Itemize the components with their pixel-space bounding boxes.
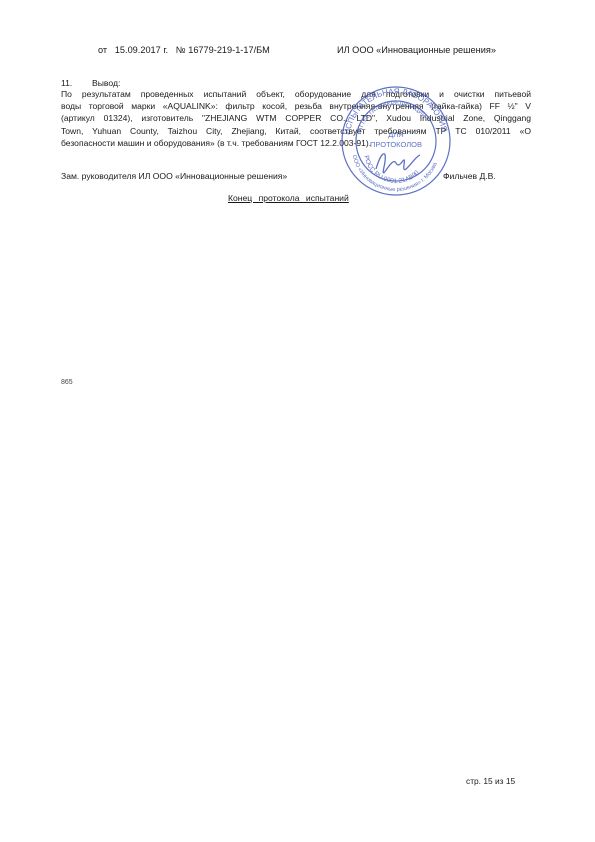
paragraph-line: воды торговой марки «AQUALINK»: фильтр к… [61,100,531,112]
date-prefix: от [98,45,107,55]
document-code: 865 [61,379,73,386]
end-of-protocol: Конец протокола испытаний [228,193,349,203]
protocol-date: 15.09.2017 г. [115,45,168,55]
section-title: Вывод: [92,78,120,88]
section-number: 11. [61,78,72,88]
signatory-role: Зам. руководителя ИЛ ООО «Инновационные … [61,171,287,181]
conclusion-paragraph: По результатам проведенных испытаний объ… [61,88,531,149]
paragraph-line: По результатам проведенных испытаний объ… [61,88,531,100]
header-organization: ИЛ ООО «Инновационные решения» [337,45,496,55]
protocol-date-number: от 15.09.2017 г. № 16779-219-1-17/БМ [98,45,270,55]
stamp-seal-icon: ИСПЫТАТЕЛЬНАЯ ЛАБОРАТОРИЯ АТТЕСТАТ АККРЕ… [340,85,452,197]
page-number: стр. 15 из 15 [466,776,515,786]
paragraph-line: безопасности машин и оборудования» (в т.… [61,137,531,149]
svg-text:ПРОТОКОЛОВ: ПРОТОКОЛОВ [370,140,422,149]
paragraph-line: Town, Yuhuan County, Taizhou City, Zheji… [61,125,531,137]
protocol-number: № 16779-219-1-17/БМ [176,45,270,55]
paragraph-line: (артикул 01324), изготовитель "ZHEJIANG … [61,112,531,124]
signature-scribble [376,154,420,173]
svg-text:ДЛЯ: ДЛЯ [388,130,403,139]
